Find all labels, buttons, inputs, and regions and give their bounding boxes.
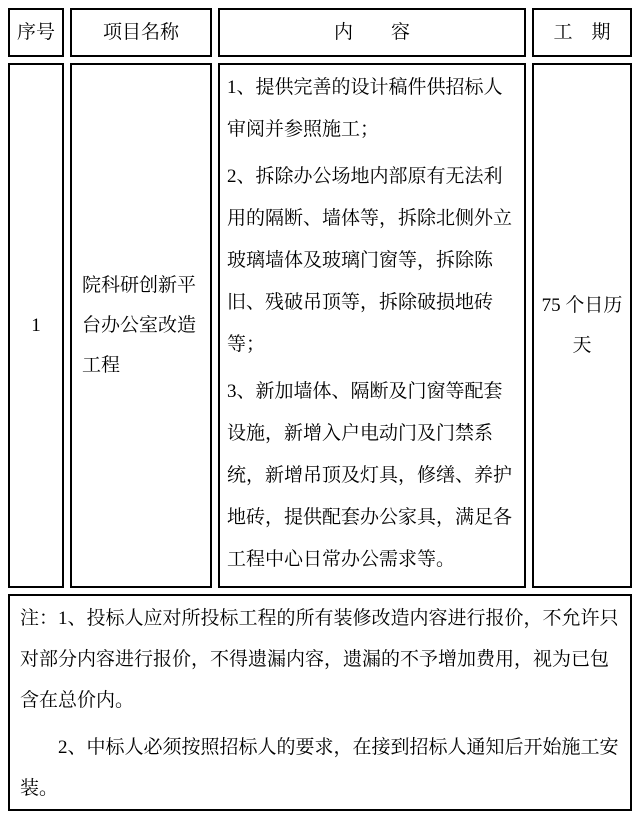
document-page: 序号 项目名称 内 容 工 期 1 院科研创新平台办公室改造工程 1、提供完善的…: [0, 0, 644, 753]
cell-serial-number: 1: [8, 63, 64, 588]
header-cell-no: 序号: [8, 8, 64, 57]
note-paragraph-1: 注：1、投标人应对所投标工程的所有装修改造内容进行报价，不允许只对部分内容进行报…: [20, 598, 620, 721]
cell-project-name: 院科研创新平台办公室改造工程: [70, 63, 212, 588]
header-cell-content: 内 容: [218, 8, 526, 57]
table-notes-row: 注：1、投标人应对所投标工程的所有装修改造内容进行报价，不允许只对部分内容进行报…: [8, 594, 632, 811]
header-cell-project-name: 项目名称: [70, 8, 212, 57]
cell-content: 1、提供完善的设计稿件供招标人审阅并参照施工； 2、拆除办公场地内部原有无法利用…: [218, 63, 526, 588]
content-item-3: 3、新加墙体、隔断及门窗等配套设施，新增入户电动门及门禁系统，新增吊顶及灯具，修…: [227, 371, 519, 581]
cell-duration: 75 个日历天: [532, 63, 632, 588]
header-cell-duration: 工 期: [532, 8, 632, 57]
content-item-1: 1、提供完善的设计稿件供招标人审阅并参照施工；: [227, 67, 519, 151]
table-row: 1 院科研创新平台办公室改造工程 1、提供完善的设计稿件供招标人审阅并参照施工；…: [8, 63, 632, 588]
note-paragraph-2: 2、中标人必须按照招标人的要求，在接到招标人通知后开始施工安装。: [20, 727, 620, 809]
notes-cell: 注：1、投标人应对所投标工程的所有装修改造内容进行报价，不允许只对部分内容进行报…: [8, 594, 632, 811]
content-item-2: 2、拆除办公场地内部原有无法利用的隔断、墙体等，拆除北侧外立玻璃墙体及玻璃门窗等…: [227, 156, 519, 366]
table-header-row: 序号 项目名称 内 容 工 期: [8, 8, 632, 57]
project-table: 序号 项目名称 内 容 工 期 1 院科研创新平台办公室改造工程 1、提供完善的…: [2, 2, 638, 817]
